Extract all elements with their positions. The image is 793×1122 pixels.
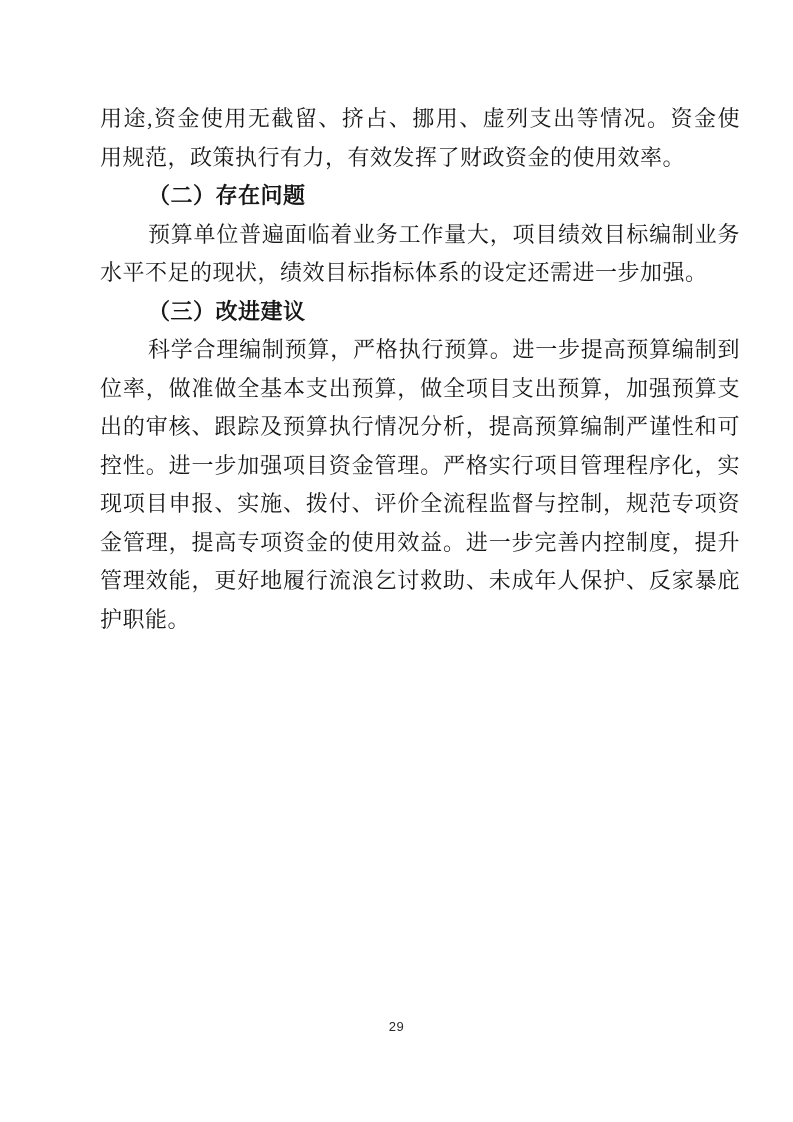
body-text-line: 现项目申报、实施、拨付、评价全流程监督与控制，规范专项资 xyxy=(100,485,740,524)
body-text-line: 水平不足的现状，绩效目标指标体系的设定还需进一步加强。 xyxy=(100,254,740,293)
body-text-line: 预算单位普遍面临着业务工作量大，项目绩效目标编制业务 xyxy=(100,216,740,255)
section-heading-improvement-suggestions: （三）改进建议 xyxy=(100,293,740,332)
body-text-line: 金管理，提高专项资金的使用效益。进一步完善内控制度，提升 xyxy=(100,524,740,563)
body-text-line: 护职能。 xyxy=(100,601,740,640)
document-page: 用途,资金使用无截留、挤占、挪用、虚列支出等情况。资金使 用规范，政策执行有力，… xyxy=(0,0,793,1122)
page-number: 29 xyxy=(389,1019,404,1034)
body-text-line: 控性。进一步加强项目资金管理。严格实行项目管理程序化，实 xyxy=(100,447,740,486)
body-text-line: 出的审核、跟踪及预算执行情况分析，提高预算编制严谨性和可 xyxy=(100,408,740,447)
body-text-line: 管理效能，更好地履行流浪乞讨救助、未成年人保护、反家暴庇 xyxy=(100,562,740,601)
body-text-line: 科学合理编制预算，严格执行预算。进一步提高预算编制到 xyxy=(100,331,740,370)
body-text-line: 用规范，政策执行有力，有效发挥了财政资金的使用效率。 xyxy=(100,139,740,178)
body-text-line: 用途,资金使用无截留、挤占、挪用、虚列支出等情况。资金使 xyxy=(100,100,740,139)
page-footer: 29 xyxy=(0,1018,793,1036)
body-text-line: 位率，做准做全基本支出预算，做全项目支出预算，加强预算支 xyxy=(100,370,740,409)
page-body: 用途,资金使用无截留、挤占、挪用、虚列支出等情况。资金使 用规范，政策执行有力，… xyxy=(100,100,740,639)
section-heading-existing-problems: （二）存在问题 xyxy=(100,177,740,216)
